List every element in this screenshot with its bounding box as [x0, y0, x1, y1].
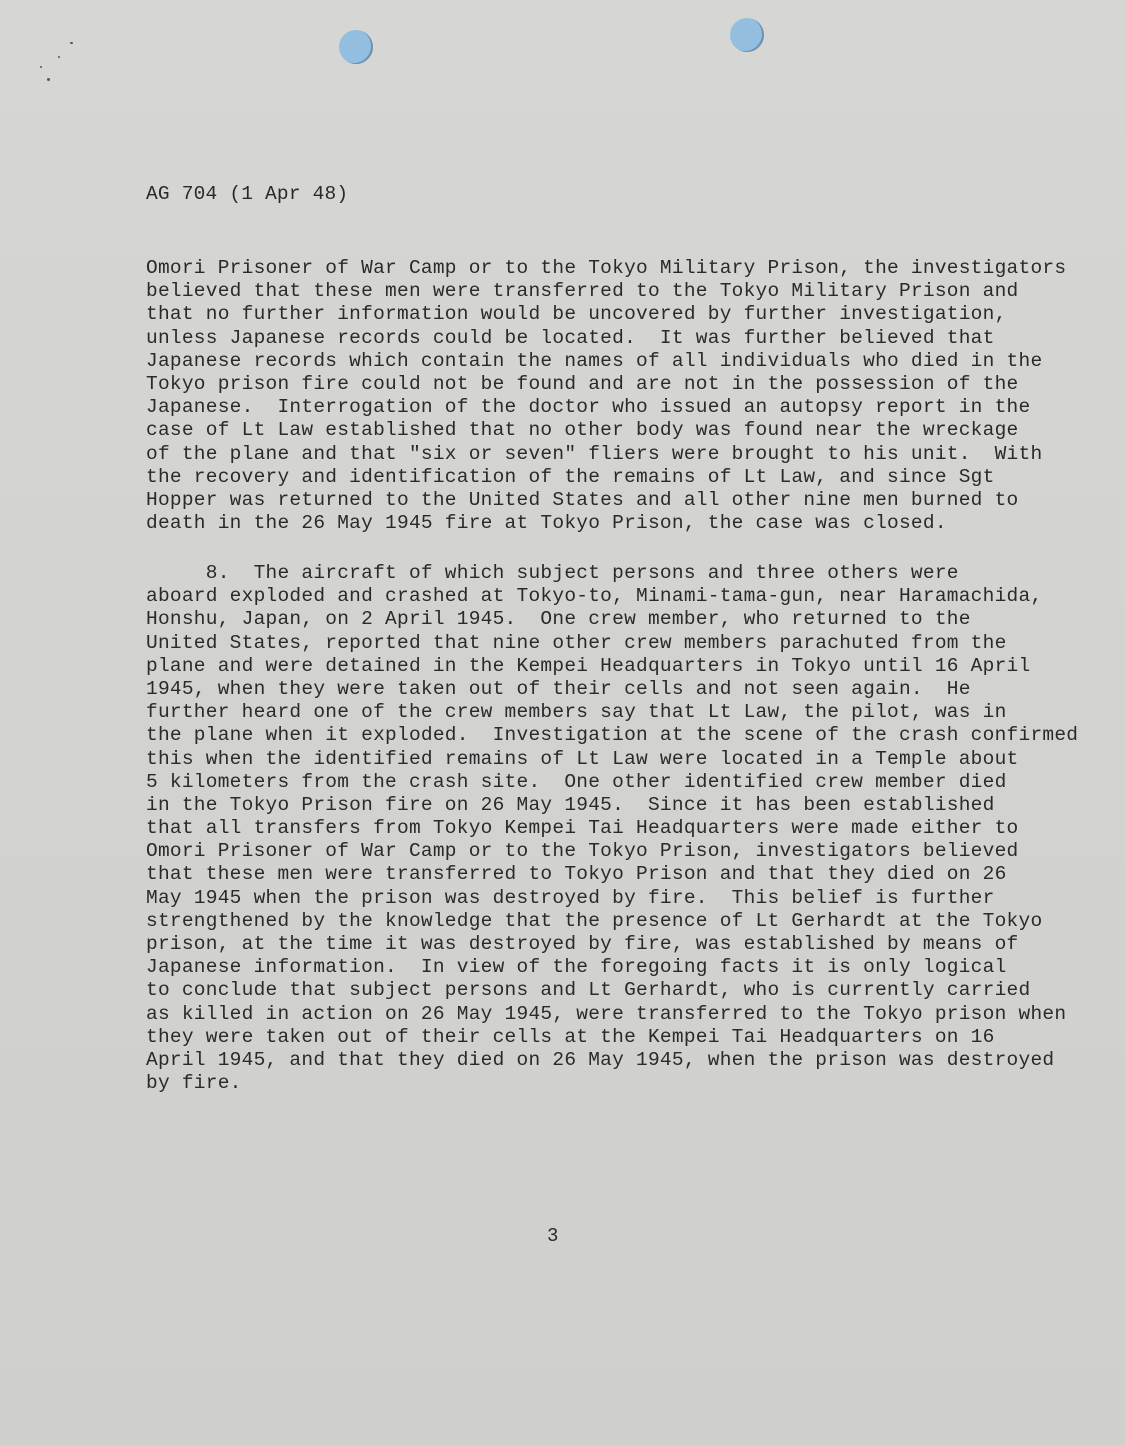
- text-line: by fire.: [146, 1072, 1078, 1095]
- text-line: Japanese information. In view of the for…: [146, 956, 1078, 979]
- text-line: April 1945, and that they died on 26 May…: [146, 1049, 1078, 1072]
- text-line: unless Japanese records could be located…: [146, 327, 1066, 350]
- text-line: Honshu, Japan, on 2 April 1945. One crew…: [146, 608, 1078, 631]
- document-page: AG 704 (1 Apr 48) Omori Prisoner of War …: [0, 0, 1125, 1445]
- text-line: Japanese. Interrogation of the doctor wh…: [146, 396, 1066, 419]
- text-line: that these men were transferred to Tokyo…: [146, 863, 1078, 886]
- punch-hole-icon: [339, 30, 373, 64]
- paper-speck: [40, 66, 42, 68]
- text-line: Omori Prisoner of War Camp or to the Tok…: [146, 840, 1078, 863]
- text-line: Hopper was returned to the United States…: [146, 489, 1066, 512]
- text-line: Tokyo prison fire could not be found and…: [146, 373, 1066, 396]
- paragraph-continued: Omori Prisoner of War Camp or to the Tok…: [146, 257, 1066, 535]
- text-line: the recovery and identification of the r…: [146, 466, 1066, 489]
- text-line: Japanese records which contain the names…: [146, 350, 1066, 373]
- text-line: Omori Prisoner of War Camp or to the Tok…: [146, 257, 1066, 280]
- text-line: they were taken out of their cells at th…: [146, 1026, 1078, 1049]
- text-line: 5 kilometers from the crash site. One ot…: [146, 771, 1078, 794]
- text-line: believed that these men were transferred…: [146, 280, 1066, 303]
- paper-speck: [47, 78, 50, 81]
- text-line: aboard exploded and crashed at Tokyo-to,…: [146, 585, 1078, 608]
- text-line: that all transfers from Tokyo Kempei Tai…: [146, 817, 1078, 840]
- text-line: 1945, when they were taken out of their …: [146, 678, 1078, 701]
- text-line: as killed in action on 26 May 1945, were…: [146, 1003, 1078, 1026]
- text-line: death in the 26 May 1945 fire at Tokyo P…: [146, 512, 1066, 535]
- page-number: 3: [547, 1225, 558, 1247]
- document-reference: AG 704 (1 Apr 48): [146, 183, 348, 205]
- text-line: plane and were detained in the Kempei He…: [146, 655, 1078, 678]
- paper-speck: [58, 56, 60, 58]
- punch-hole-icon: [730, 18, 764, 52]
- text-line: May 1945 when the prison was destroyed b…: [146, 887, 1078, 910]
- text-line: 8. The aircraft of which subject persons…: [146, 562, 1078, 585]
- text-line: this when the identified remains of Lt L…: [146, 748, 1078, 771]
- text-line: to conclude that subject persons and Lt …: [146, 979, 1078, 1002]
- text-line: strengthened by the knowledge that the p…: [146, 910, 1078, 933]
- text-line: prison, at the time it was destroyed by …: [146, 933, 1078, 956]
- text-line: that no further information would be unc…: [146, 303, 1066, 326]
- paper-speck: [70, 42, 73, 44]
- text-line: of the plane and that "six or seven" fli…: [146, 443, 1066, 466]
- paragraph-8: 8. The aircraft of which subject persons…: [146, 562, 1078, 1095]
- text-line: further heard one of the crew members sa…: [146, 701, 1078, 724]
- text-line: case of Lt Law established that no other…: [146, 419, 1066, 442]
- text-line: United States, reported that nine other …: [146, 632, 1078, 655]
- text-line: the plane when it exploded. Investigatio…: [146, 724, 1078, 747]
- text-line: in the Tokyo Prison fire on 26 May 1945.…: [146, 794, 1078, 817]
